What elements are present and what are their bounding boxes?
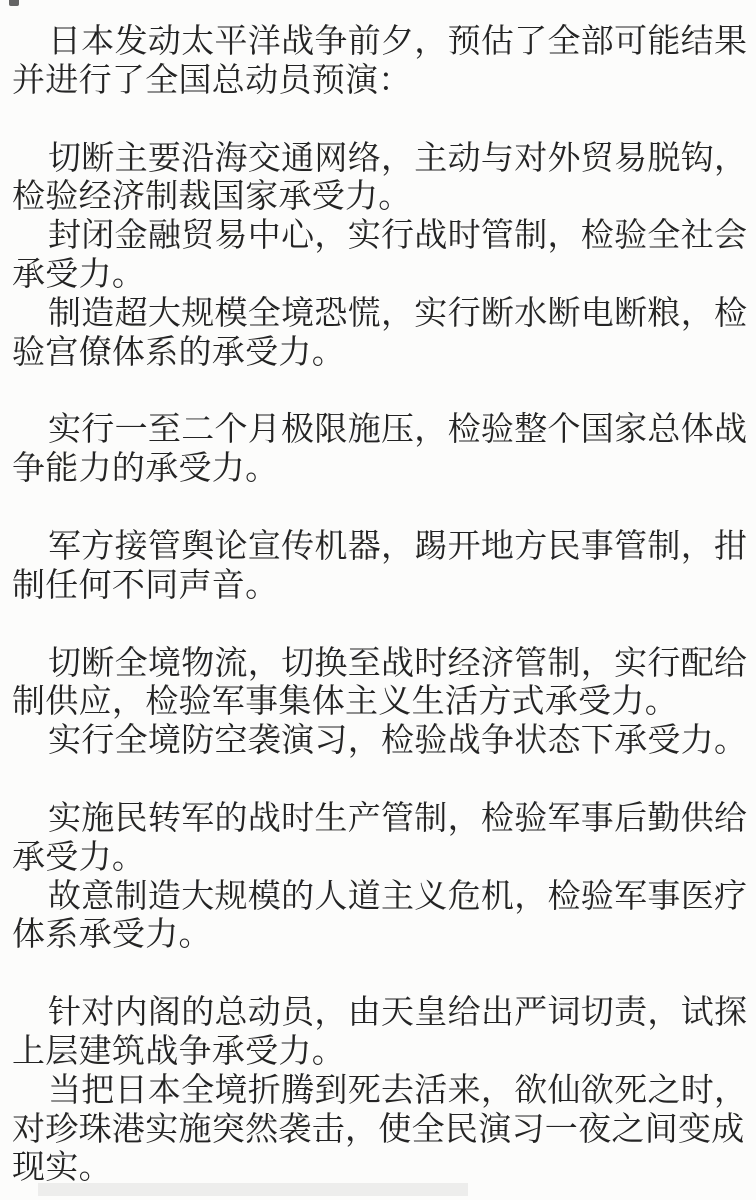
text-line: 实行一至二个月极限施压，检验整个国家总体战 <box>12 410 750 449</box>
text-line: 切断主要沿海交通网络，主动与对外贸易脱钩， <box>12 139 750 178</box>
text-line: 实施民转军的战时生产管制，检验军事后勤供给 <box>12 799 750 838</box>
text-line: 承受力。 <box>12 838 750 877</box>
text-line: 上层建筑战争承受力。 <box>12 1032 750 1071</box>
bottom-edge-shadow <box>38 1183 468 1196</box>
text-line: 日本发动太平洋战争前夕，预估了全部可能结果 <box>12 22 750 61</box>
paragraph-section: 切断主要沿海交通网络，主动与对外贸易脱钩，检验经济制裁国家承受力。封闭金融贸易中… <box>12 139 750 372</box>
paragraph-section: 日本发动太平洋战争前夕，预估了全部可能结果并进行了全国总动员预演： <box>12 22 750 100</box>
text-line: 封闭金融贸易中心，实行战时管制，检验全社会 <box>12 216 750 255</box>
document-body: 日本发动太平洋战争前夕，预估了全部可能结果并进行了全国总动员预演：切断主要沿海交… <box>12 22 750 1187</box>
text-line: 对珍珠港实施突然袭击，使全民演习一夜之间变成 <box>12 1110 750 1149</box>
paragraph-section: 实行一至二个月极限施压，检验整个国家总体战争能力的承受力。 <box>12 410 750 488</box>
top-edge-artifact <box>9 0 19 6</box>
text-line: 当把日本全境折腾到死去活来，欲仙欲死之时， <box>12 1071 750 1110</box>
paragraph-section: 针对内阁的总动员，由天皇给出严词切责，试探上层建筑战争承受力。当把日本全境折腾到… <box>12 993 750 1187</box>
text-line: 现实。 <box>12 1148 750 1187</box>
text-line: 验宫僚体系的承受力。 <box>12 333 750 372</box>
text-screenshot-page: 日本发动太平洋战争前夕，预估了全部可能结果并进行了全国总动员预演：切断主要沿海交… <box>0 0 756 1200</box>
text-line: 检验经济制裁国家承受力。 <box>12 177 750 216</box>
text-line: 并进行了全国总动员预演： <box>12 61 750 100</box>
paragraph-section: 实施民转军的战时生产管制，检验军事后勤供给承受力。故意制造大规模的人道主义危机，… <box>12 799 750 954</box>
text-line: 制供应，检验军事集体主义生活方式承受力。 <box>12 682 750 721</box>
text-line: 争能力的承受力。 <box>12 449 750 488</box>
text-line: 军方接管舆论宣传机器，踢开地方民事管制，拑 <box>12 527 750 566</box>
text-line: 实行全境防空袭演习，检验战争状态下承受力。 <box>12 721 750 760</box>
paragraph-section: 军方接管舆论宣传机器，踢开地方民事管制，拑制任何不同声音。 <box>12 527 750 605</box>
text-line: 体系承受力。 <box>12 915 750 954</box>
text-line: 针对内阁的总动员，由天皇给出严词切责，试探 <box>12 993 750 1032</box>
paragraph-section: 切断全境物流，切换至战时经济管制，实行配给制供应，检验军事集体主义生活方式承受力… <box>12 644 750 760</box>
text-line: 切断全境物流，切换至战时经济管制，实行配给 <box>12 644 750 683</box>
text-line: 制造超大规模全境恐慌，实行断水断电断粮，检 <box>12 294 750 333</box>
text-line: 承受力。 <box>12 255 750 294</box>
text-line: 制任何不同声音。 <box>12 566 750 605</box>
text-line: 故意制造大规模的人道主义危机，检验军事医疗 <box>12 877 750 916</box>
